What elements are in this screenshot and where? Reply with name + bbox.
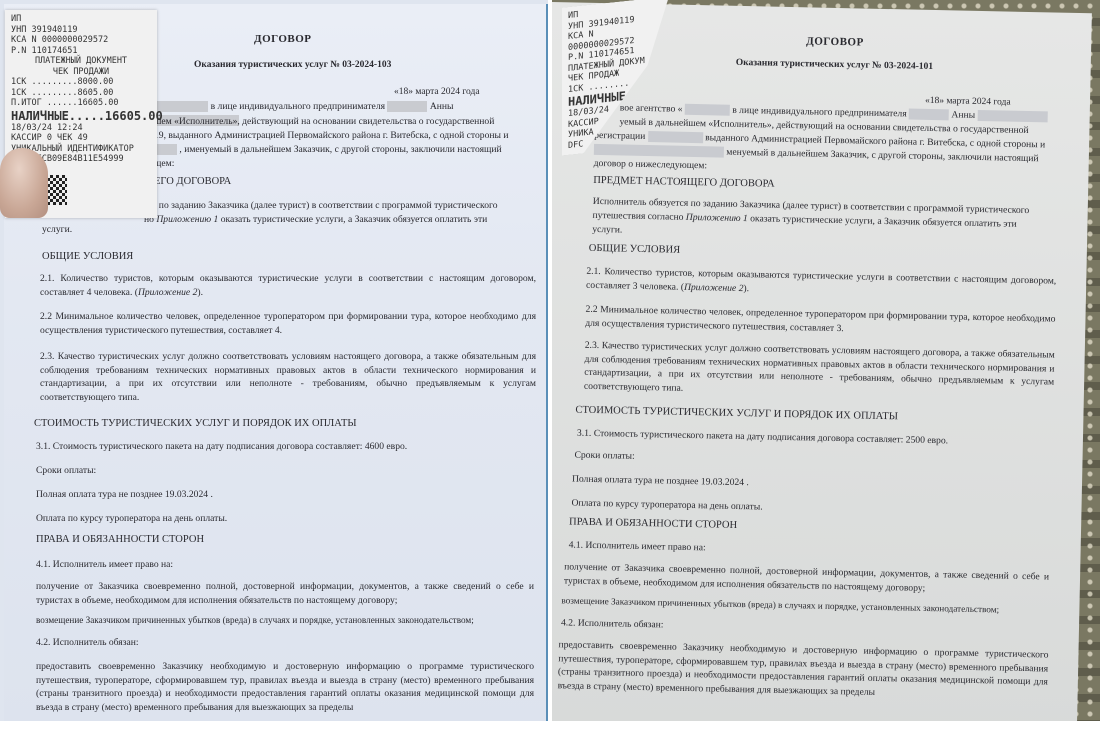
doc-title: ДОГОВОР	[254, 33, 312, 45]
section-1-heading: ЕГО ДОГОВОРА	[154, 176, 231, 187]
doc-date: «18» марта 2024 года	[925, 96, 1011, 108]
doc-subtitle: Оказания туристических услуг № 03-2024-1…	[194, 60, 391, 70]
section-1-line-3: услуги.	[592, 223, 622, 237]
paragraph-2-1: 2.1. Количество туристов, которым оказыв…	[40, 272, 536, 299]
redacted-surname	[909, 109, 949, 121]
section-3-heading: СТОИМОСТЬ ТУРИСТИЧЕСКИХ УСЛУГ И ПОРЯДОК …	[34, 418, 357, 429]
section-1-line-3: услуги.	[42, 223, 72, 237]
redacted-agency-name	[685, 104, 730, 116]
paragraph-3-1: 3.1. Стоимость туристического пакета на …	[577, 427, 1055, 451]
section-4-heading: ПРАВА И ОБЯЗАННОСТИ СТОРОН	[36, 534, 204, 545]
section-1-heading: ПРЕДМЕТ НАСТОЯЩЕГО ДОГОВОРА	[593, 175, 775, 190]
payment-terms-label: Сроки оплаты:	[574, 449, 634, 464]
intro-line-5: щем:	[154, 157, 174, 171]
doc-subtitle: Оказания туристических услуг № 03-2024-1…	[736, 58, 933, 72]
payment-full-deadline: Полная оплата тура не позднее 19.03.2024…	[36, 488, 213, 502]
intro-line-3: 19, выданного Администрацией Первомайско…	[154, 129, 539, 143]
paragraph-4-2: 4.2. Исполнитель обязан:	[36, 636, 139, 650]
redacted-surname	[387, 101, 427, 112]
receipt-total: НАЛИЧНЫЕ.....16605.00	[11, 109, 151, 123]
paragraph-4-2-a: предоставить своевременно Заказчику необ…	[558, 638, 1049, 702]
paragraph-2-3: 2.3. Качество туристических услуг должно…	[584, 339, 1055, 403]
payment-rate: Оплата по курсу туроператора на день опл…	[36, 512, 227, 526]
paragraph-4-1-b: возмещение Заказчиком причиненных убытко…	[561, 594, 1051, 618]
section-2-heading: ОБЩИЕ УСЛОВИЯ	[42, 251, 133, 262]
paragraph-2-1: 2.1. Количество туристов, которым оказыв…	[586, 265, 1056, 302]
payment-rate: Оплата по курсу туроператора на день опл…	[571, 497, 762, 515]
section-2-heading: ОБЩИЕ УСЛОВИЯ	[589, 243, 681, 256]
bottom-margin	[0, 721, 1100, 733]
intro-line-4: , именуемый в дальнейшем Заказчик, с дру…	[149, 143, 539, 157]
paragraph-3-1: 3.1. Стоимость туристического пакета на …	[36, 440, 536, 454]
redacted-customer	[594, 144, 724, 158]
redacted-name	[977, 110, 1047, 122]
paragraph-2-2: 2.2 Минимальное количество человек, опре…	[585, 303, 1055, 340]
payment-full-deadline: Полная оплата тура не позднее 19.03.2024…	[572, 473, 749, 490]
left-contract-photo: ДОГОВОР Оказания туристических услуг № 0…	[0, 0, 548, 733]
payment-terms-label: Сроки оплаты:	[36, 464, 96, 478]
paragraph-4-1-b: возмещение Заказчиком причиненных убытко…	[36, 614, 534, 628]
intro-line-2: шем «Исполнитель», действующий на основа…	[154, 115, 539, 129]
paragraph-4-2-a: предоставить своевременно Заказчику необ…	[36, 660, 534, 714]
redacted-agency-name	[156, 101, 208, 112]
intro-line-5: договор о нижеследующем:	[593, 157, 707, 173]
section-1-line-2: но Приложению 1 оказать туристические ус…	[144, 213, 537, 227]
finger	[0, 148, 48, 218]
paragraph-4-1: 4.1. Исполнитель имеет право на:	[568, 538, 705, 554]
redacted-registration	[648, 131, 703, 143]
paragraph-4-1: 4.1. Исполнитель имеет право на:	[36, 558, 173, 572]
doc-date: «18» марта 2024 года	[394, 87, 480, 97]
section-4-heading: ПРАВА И ОБЯЗАННОСТИ СТОРОН	[569, 516, 737, 531]
paragraph-4-2: 4.2. Исполнитель обязан:	[561, 616, 664, 632]
paragraph-2-3: 2.3. Качество туристических услуг должно…	[40, 350, 536, 404]
right-contract-photo: ДОГОВОР Оказания туристических услуг № 0…	[552, 0, 1100, 733]
section-3-heading: СТОИМОСТЬ ТУРИСТИЧЕСКИХ УСЛУГ И ПОРЯДОК …	[575, 405, 898, 423]
section-1-line-1: я по заданию Заказчика (далее турист) в …	[152, 199, 537, 213]
paragraph-4-1-a: получение от Заказчика своевременно полн…	[36, 580, 534, 607]
contract-page-03-2024-101: ДОГОВОР Оказания туристических услуг № 0…	[552, 2, 1092, 733]
paragraph-2-2: 2.2 Минимальное количество человек, опре…	[40, 310, 536, 337]
paragraph-4-1-a: получение от Заказчика своевременно полн…	[564, 560, 1049, 597]
doc-title: ДОГОВОР	[806, 35, 864, 48]
